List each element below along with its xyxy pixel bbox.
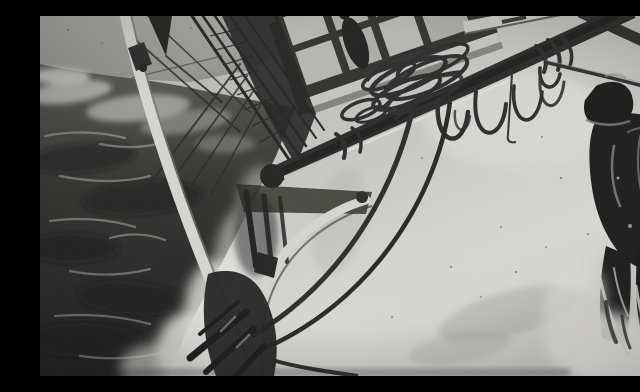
film-grain — [40, 16, 640, 376]
storm-photograph — [40, 16, 640, 376]
photo-canvas — [40, 16, 640, 376]
photo-artifacts — [40, 16, 640, 376]
